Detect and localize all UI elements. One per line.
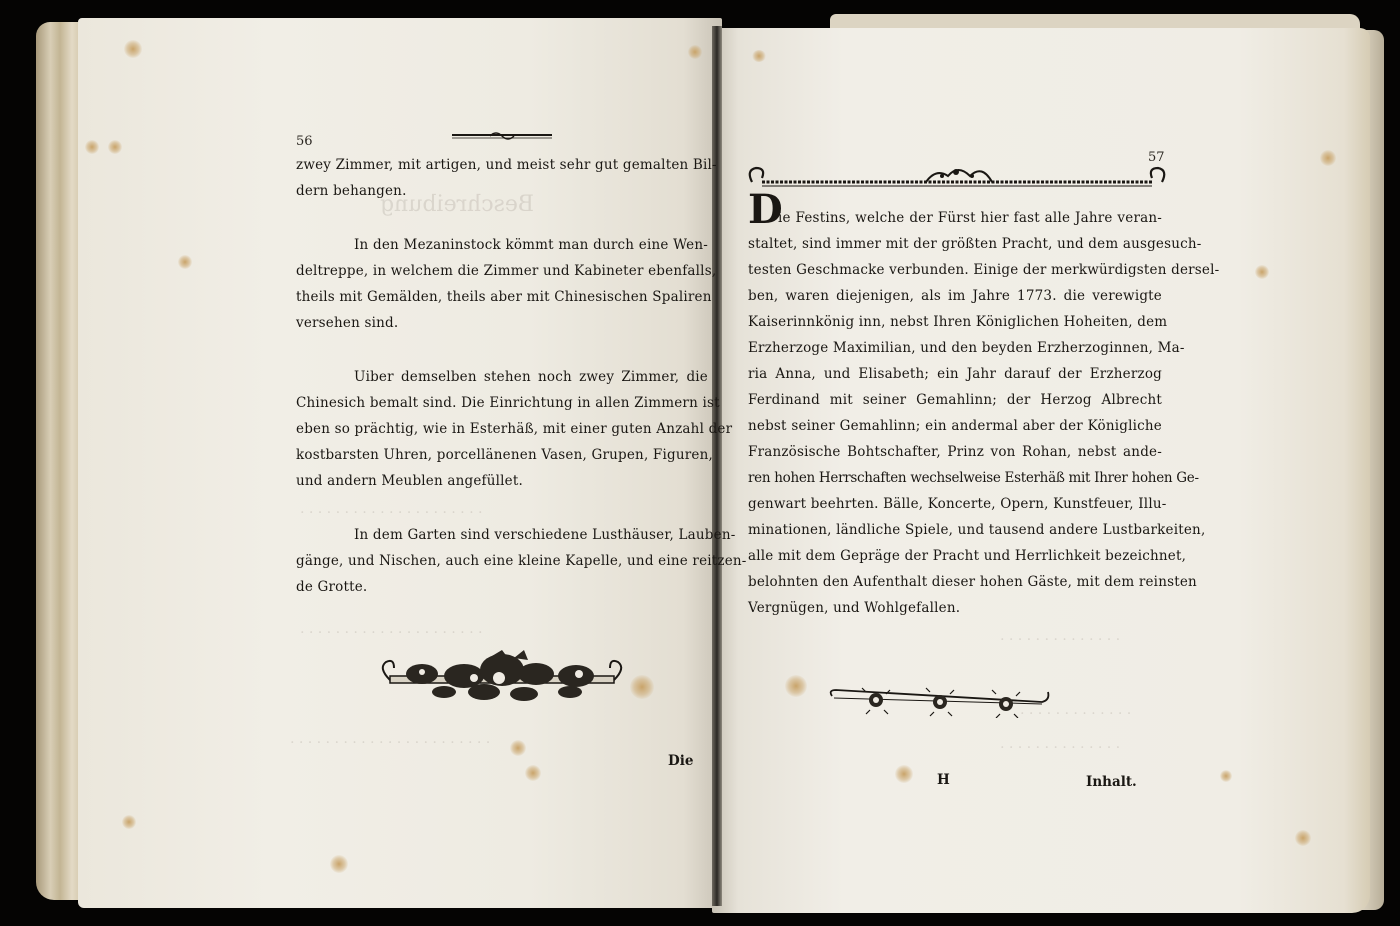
text-line: In den Mezaninstock kömmt man durch eine… (296, 232, 708, 258)
foxing-spot (85, 140, 99, 154)
text-line: Chinesich bemalt sind. Die Einrichtung i… (296, 390, 708, 416)
foxing-spot (122, 815, 136, 829)
foxing-spot (1320, 150, 1336, 166)
text-line: Vergnügen, und Wohlgefallen. (748, 595, 1162, 621)
text-line: versehen sind. (296, 310, 708, 336)
foxing-spot (510, 740, 526, 756)
text-line: Erzherzoge Maximilian, und den beyden Er… (748, 335, 1162, 361)
header-ornament-right (746, 160, 1168, 194)
text-line: dern behangen. (296, 178, 708, 204)
bleed-through-text: · · · · · · · · · · · · · · · · · · · · … (300, 625, 482, 641)
foxing-spot (630, 675, 654, 699)
foxing-spot (525, 765, 541, 781)
catchword-left: Die (668, 753, 693, 769)
text-line: ie Festins, welche der Fürst hier fast a… (748, 205, 1162, 231)
left-page-text: zwey Zimmer, mit artigen, und meist sehr… (296, 152, 708, 600)
text-line: testen Geschmacke verbunden. Einige der … (748, 257, 1162, 283)
text-line: belohnten den Aufenthalt dieser hohen Gä… (748, 569, 1162, 595)
catchword-right: Inhalt. (1086, 774, 1137, 790)
text-line: zwey Zimmer, mit artigen, und meist sehr… (296, 152, 708, 178)
text-line: ren hohen Herrschaften wechselweise Este… (748, 465, 1162, 491)
paragraph: In dem Garten sind verschiedene Lusthäus… (296, 522, 708, 600)
bleed-through-text: · · · · · · · · · · · · · · (1000, 740, 1120, 756)
paragraph: Uiber demselben stehen noch zwey Zimmer,… (296, 364, 708, 494)
foxing-spot (1220, 770, 1232, 782)
text-line: alle mit dem Gepräge der Pracht und Herr… (748, 543, 1162, 569)
text-line: ben, waren diejenigen, als im Jahre 1773… (748, 283, 1162, 309)
foxing-spot (178, 255, 192, 269)
text-line: minationen, ländliche Spiele, und tausen… (748, 517, 1162, 543)
floral-tailpiece-ornament (374, 648, 630, 710)
paragraph: zwey Zimmer, mit artigen, und meist sehr… (296, 152, 708, 204)
bleed-through-text: · · · · · · · · · · · · · (1020, 706, 1131, 722)
text-line: theils mit Gemälden, theils aber mit Chi… (296, 284, 708, 310)
foxing-spot (330, 855, 348, 873)
foxing-spot (1295, 830, 1311, 846)
text-line: genwart beehrten. Bälle, Koncerte, Opern… (748, 491, 1162, 517)
foxing-spot (752, 50, 766, 62)
text-line: deltreppe, in welchem die Zimmer und Kab… (296, 258, 708, 284)
text-line: nebst seiner Gemahlinn; ein andermal abe… (748, 413, 1162, 439)
header-ornament-left (452, 130, 552, 142)
text-line: und andern Meublen angefüllet. (296, 468, 708, 494)
page-number-left: 56 (296, 134, 313, 149)
foxing-spot (1255, 265, 1269, 279)
foxing-spot (108, 140, 122, 154)
text-line: Ferdinand mit seiner Gemahlinn; der Herz… (748, 387, 1162, 413)
bleed-through-text: · · · · · · · · · · · · · · · · · · · · … (290, 735, 490, 751)
foxing-spot (688, 45, 702, 59)
text-line: gänge, und Nischen, auch eine kleine Kap… (296, 548, 708, 574)
signature-mark: H (937, 772, 950, 788)
right-page-text: ie Festins, welche der Fürst hier fast a… (748, 205, 1162, 621)
text-line: In dem Garten sind verschiedene Lusthäus… (296, 522, 708, 548)
foxing-spot (124, 40, 142, 58)
bleed-through-text: · · · · · · · · · · · · · · (1000, 632, 1120, 648)
text-line: eben so prächtig, wie in Esterhäß, mit e… (296, 416, 708, 442)
rose-vine-tailpiece-ornament (828, 686, 1052, 718)
text-line: kostbarsten Uhren, porcellänenen Vasen, … (296, 442, 708, 468)
text-line: ria Anna, und Elisabeth; ein Jahr darauf… (748, 361, 1162, 387)
text-line: Uiber demselben stehen noch zwey Zimmer,… (296, 364, 708, 390)
text-line: Französische Bohtschafter, Prinz von Roh… (748, 439, 1162, 465)
foxing-spot (785, 675, 807, 697)
book-spread: Beschreibung · · · · · · · · · · · · · ·… (0, 0, 1400, 926)
foxing-spot (895, 765, 913, 783)
paragraph: In den Mezaninstock kömmt man durch eine… (296, 232, 708, 336)
paragraph: ie Festins, welche der Fürst hier fast a… (748, 205, 1162, 621)
text-line: Kaiserinnkönig inn, nebst Ihren Königlic… (748, 309, 1162, 335)
text-line: staltet, sind immer mit der größten Prac… (748, 231, 1162, 257)
text-line: de Grotte. (296, 574, 708, 600)
